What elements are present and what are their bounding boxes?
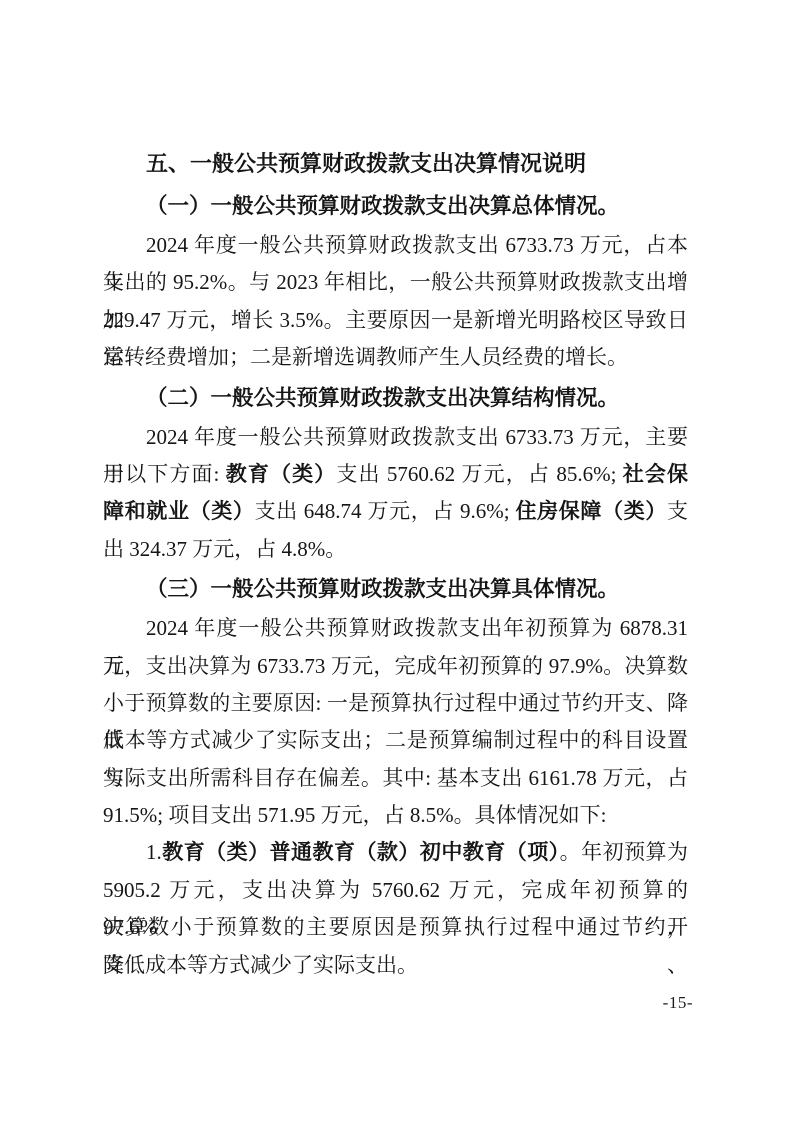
text-segment: 运转经费增加；二是新增选调教师产生人员经费的增长。	[103, 345, 628, 369]
paragraph-line: 5905.2 万元，支出决算为 5760.62 万元，完成年初预算的 97.6%…	[103, 872, 688, 909]
paragraph-line: 决算数小于预算数的主要原因是预算执行过程中通过节约开支、	[103, 909, 688, 946]
category-term: 社会保	[623, 462, 688, 486]
page-number: -15-	[663, 993, 693, 1013]
document-body: 五、一般公共预算财政拨款支出决算情况说明 （一）一般公共预算财政拨款支出决算总体…	[103, 143, 688, 984]
text-segment: 支出 5760.62 万元，占 85.6%;	[336, 462, 622, 486]
text-segment: 91.5%; 项目支出 571.95 万元，占 8.5%。具体情况如下:	[103, 803, 606, 827]
paragraph-line: 障和就业（类）支出 648.74 万元，占 9.6%; 住房保障（类）支	[103, 493, 688, 530]
paragraph-line: 运转经费增加；二是新增选调教师产生人员经费的增长。	[103, 339, 688, 376]
category-term: 障和就业（类）	[103, 499, 255, 523]
subsection-heading-1: （一）一般公共预算财政拨款支出决算总体情况。	[103, 185, 688, 227]
paragraph-line: 2024 年度一般公共预算财政拨款支出年初预算为 6878.31 万	[103, 610, 688, 647]
text-segment: 于以下方面:	[103, 462, 226, 486]
paragraph-line: 出 324.37 万元，占 4.8%。	[103, 531, 688, 568]
paragraph-line: 元，支出决算为 6733.73 万元，完成年初预算的 97.9%。决算数	[103, 648, 688, 685]
subsection-heading-2-text: （二）一般公共预算财政拨款支出决算结构情况。	[146, 386, 619, 410]
text-segment: 支出 648.74 万元，占 9.6%;	[255, 499, 516, 523]
paragraph-line: 支出的 95.2%。与 2023 年相比，一般公共预算财政拨款支出增加	[103, 264, 688, 301]
subsection-heading-2: （二）一般公共预算财政拨款支出决算结构情况。	[103, 377, 688, 419]
section-title: 五、一般公共预算财政拨款支出决算情况说明	[103, 143, 688, 185]
text-segment: 降低成本等方式减少了实际支出。	[103, 953, 418, 977]
paragraph-line: 2024 年度一般公共预算财政拨款支出 6733.73 万元，占本年	[103, 227, 688, 264]
paragraph-line: 91.5%; 项目支出 571.95 万元，占 8.5%。具体情况如下:	[103, 797, 688, 834]
list-number: 1.	[146, 840, 162, 864]
section-title-text: 五、一般公共预算财政拨款支出决算情况说明	[146, 151, 586, 176]
text-segment: 元，支出决算为 6733.73 万元，完成年初预算的 97.9%。决算数	[103, 654, 688, 678]
paragraph-line: 于以下方面: 教育（类）支出 5760.62 万元，占 85.6%; 社会保	[103, 456, 688, 493]
document-page: 五、一般公共预算财政拨款支出决算情况说明 （一）一般公共预算财政拨款支出决算总体…	[0, 0, 793, 1122]
text-segment: 出 324.37 万元，占 4.8%。	[103, 537, 346, 561]
item-heading: 教育（类）普通教育（款）初中教育（项）	[162, 840, 560, 864]
text-segment: 支	[667, 499, 688, 523]
subsection-heading-1-text: （一）一般公共预算财政拨款支出决算总体情况。	[146, 194, 619, 218]
category-term: 教育（类）	[226, 462, 337, 486]
paragraph-line: 成本等方式减少了实际支出；二是预算编制过程中的科目设置与	[103, 722, 688, 759]
subsection-heading-3-text: （三）一般公共预算财政拨款支出决算具体情况。	[146, 577, 619, 601]
text-segment: 。年初预算为	[560, 840, 688, 864]
category-term: 住房保障（类）	[515, 499, 667, 523]
paragraph-line: 小于预算数的主要原因: 一是预算执行过程中通过节约开支、降低	[103, 685, 688, 722]
paragraph-line: 实际支出所需科目存在偏差。其中: 基本支出 6161.78 万元，占	[103, 760, 688, 797]
paragraph-line: 229.47 万元，增长 3.5%。主要原因一是新增光明路校区导致日常	[103, 302, 688, 339]
text-segment: 实际支出所需科目存在偏差。其中: 基本支出 6161.78 万元，占	[103, 766, 688, 790]
paragraph-line: 2024 年度一般公共预算财政拨款支出 6733.73 万元，主要用	[103, 419, 688, 456]
paragraph-line: 1.教育（类）普通教育（款）初中教育（项）。年初预算为	[103, 834, 688, 871]
subsection-heading-3: （三）一般公共预算财政拨款支出决算具体情况。	[103, 568, 688, 610]
